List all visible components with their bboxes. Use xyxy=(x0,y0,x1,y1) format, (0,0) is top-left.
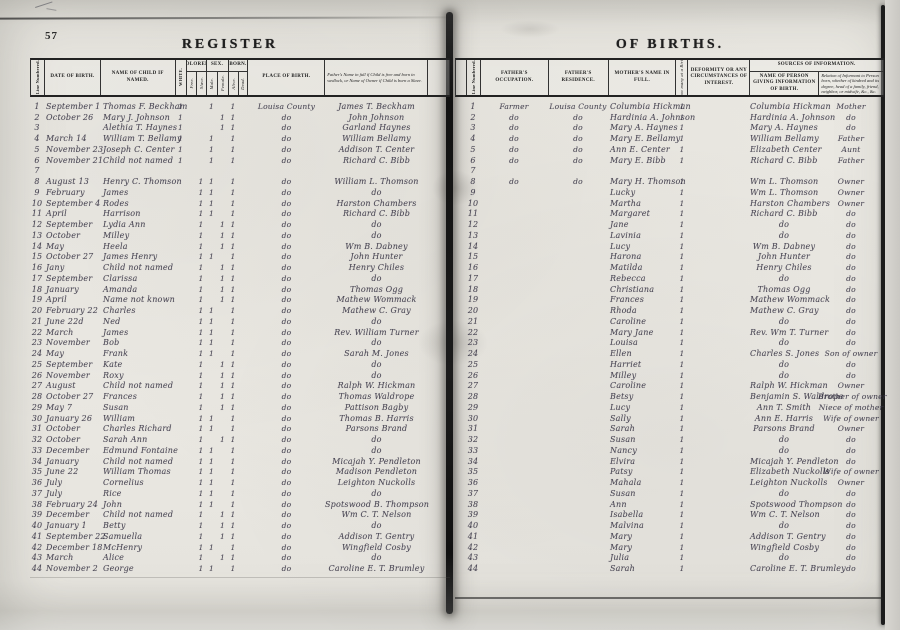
register-row-right: 36Mahala1Leighton NuckollsOwner xyxy=(455,477,884,488)
register-row-right: 2dodoHardinia A. Johnson1Hardinia A. Joh… xyxy=(455,112,884,123)
mark-born-alive: 1 xyxy=(228,134,238,143)
cell-child-name: Milley xyxy=(100,231,175,240)
mark-colored-slave: 1 xyxy=(196,188,206,197)
register-row-right: 18Christiana1Thomas Oggdo xyxy=(455,284,884,295)
cell-informant-relation: do xyxy=(818,489,884,498)
register-row-right: 23Louisa1dodo xyxy=(455,338,884,349)
cell-mothers-name: Matilda xyxy=(608,263,676,272)
cell-father-or-owner-name: Addison T. Gentry xyxy=(325,532,428,541)
cell-informant-relation: do xyxy=(818,263,884,272)
mark-born-alive: 1 xyxy=(228,199,238,208)
cell-mothers-name: Mary A. Haynes xyxy=(608,123,676,132)
register-row-right: 9Lucky1Wm L. ThomsonOwner xyxy=(455,187,884,198)
register-row-left: 25SeptemberKate111dodo xyxy=(30,359,450,370)
mark-white: 1 xyxy=(175,134,186,143)
register-row-left: 26NovemberRoxy111dodo xyxy=(30,370,450,381)
mark-colored-slave: 1 xyxy=(196,220,206,229)
cell-place-of-birth: do xyxy=(248,521,325,530)
cell-place-of-birth: do xyxy=(248,446,325,455)
cell-place-of-birth: do xyxy=(248,349,325,358)
cell-informant-name: do xyxy=(750,446,818,455)
cell-child-name: Alice xyxy=(100,553,175,562)
line-number: 1 xyxy=(466,102,480,111)
register-row-left: 5November 23Joseph C. Center111doAddison… xyxy=(30,144,450,155)
col-group-sex: SEX. Male. Female. xyxy=(207,60,229,95)
cell-date-of-birth: September xyxy=(44,220,100,229)
mark-how-many: 1 xyxy=(676,134,688,143)
mark-how-many: 1 xyxy=(676,381,688,390)
mark-female: 1 xyxy=(217,532,228,541)
register-row-left: 34JanuaryChild not named111doMicajah Y. … xyxy=(30,456,450,467)
scanned-register-spread: 57 REGISTER OF BIRTHS. Line Numbered. DA… xyxy=(0,0,900,630)
register-row-left: 38February 24John111doSpotswood B. Thomp… xyxy=(30,499,450,510)
mark-born-alive: 1 xyxy=(228,424,238,433)
mark-female: 1 xyxy=(217,285,228,294)
mark-how-many: 1 xyxy=(676,510,688,519)
mark-male: 1 xyxy=(206,199,217,208)
cell-date-of-birth: October xyxy=(44,231,100,240)
cell-father-or-owner-name: William L. Thomson xyxy=(325,177,428,186)
cell-child-name: Thomas F. Beckham xyxy=(100,102,175,111)
mark-female: 1 xyxy=(217,381,228,390)
line-number: 31 xyxy=(30,424,44,433)
cell-informant-relation: do xyxy=(818,371,884,380)
cell-date-of-birth: January xyxy=(44,285,100,294)
mark-female: 1 xyxy=(217,510,228,519)
line-number: 19 xyxy=(30,295,44,304)
cell-place-of-birth: do xyxy=(248,414,325,423)
cell-child-name: George xyxy=(100,564,175,573)
mark-male: 1 xyxy=(206,457,217,466)
cell-place-of-birth: do xyxy=(248,543,325,552)
cell-father-or-owner-name: Madison Pendleton xyxy=(325,467,428,476)
mark-colored-slave: 1 xyxy=(196,209,206,218)
register-row-right: 13Lavinia1dodo xyxy=(455,230,884,241)
cell-father-or-owner-name: Mathew C. Gray xyxy=(325,306,428,315)
line-number: 44 xyxy=(466,564,480,573)
mark-colored-slave: 1 xyxy=(196,252,206,261)
cell-date-of-birth: August xyxy=(44,381,100,390)
cell-informant-name: Richard C. Bibb xyxy=(750,156,818,165)
mark-born-alive: 1 xyxy=(228,231,238,240)
cell-mothers-name: Lucy xyxy=(608,242,676,251)
col-sex-female: Female. xyxy=(218,72,228,95)
mark-born-alive: 1 xyxy=(228,457,238,466)
line-number: 42 xyxy=(466,543,480,552)
cell-mothers-name: Mary E. Bibb xyxy=(608,156,676,165)
register-row-left: 11AprilHarrison111doRichard C. Bibb xyxy=(30,209,450,220)
mark-colored-slave: 1 xyxy=(196,306,206,315)
cell-child-name: McHenry xyxy=(100,543,175,552)
line-number: 37 xyxy=(30,489,44,498)
mark-born-alive: 1 xyxy=(228,306,238,315)
cell-mothers-name: Julia xyxy=(608,553,676,562)
cell-mothers-name: Isabella xyxy=(608,510,676,519)
cell-informant-name: Thomas Ogg xyxy=(750,285,818,294)
mark-white: 1 xyxy=(175,156,186,165)
line-number: 35 xyxy=(30,467,44,476)
mark-colored-slave: 1 xyxy=(196,360,206,369)
line-number: 30 xyxy=(466,414,480,423)
line-number: 3 xyxy=(466,123,480,132)
scan-margin xyxy=(885,0,900,630)
register-row-left: 29May 7Susan111doPattison Bagby xyxy=(30,402,450,413)
line-number: 32 xyxy=(466,435,480,444)
cell-date-of-birth: December xyxy=(44,446,100,455)
cell-mothers-name: Ann xyxy=(608,500,676,509)
line-number: 1 xyxy=(30,102,44,111)
line-number: 24 xyxy=(30,349,44,358)
mark-born-alive: 1 xyxy=(228,145,238,154)
mark-male: 1 xyxy=(206,478,217,487)
cell-fathers-residence: do xyxy=(548,177,608,186)
cell-informant-name: Benjamin S. Waldrope xyxy=(750,392,818,401)
line-number: 18 xyxy=(30,285,44,294)
cell-date-of-birth: November 23 xyxy=(44,145,100,154)
mark-male: 1 xyxy=(206,328,217,337)
line-number: 39 xyxy=(466,510,480,519)
register-row-left: 40January 1Betty111dodo xyxy=(30,520,450,531)
cell-father-or-owner-name: William Bellamy xyxy=(325,134,428,143)
line-number: 31 xyxy=(466,424,480,433)
cell-informant-relation: do xyxy=(818,500,884,509)
register-row-left: 36JulyCornelius111doLeighton Nuckolls xyxy=(30,477,450,488)
cell-date-of-birth: January xyxy=(44,457,100,466)
cell-informant-relation: do xyxy=(818,242,884,251)
mark-male: 1 xyxy=(206,145,217,154)
line-number: 28 xyxy=(466,392,480,401)
cell-mothers-name: Susan xyxy=(608,435,676,444)
register-row-right: 5dodoAnn E. Center1Elizabeth CenterAunt xyxy=(455,144,884,155)
cell-informant-relation: do xyxy=(818,317,884,326)
cell-place-of-birth: do xyxy=(248,295,325,304)
cell-child-name: Harrison xyxy=(100,209,175,218)
register-row-left: 22MarchJames111doRev. William Turner xyxy=(30,327,450,338)
mark-female: 1 xyxy=(217,435,228,444)
mark-male: 1 xyxy=(206,156,217,165)
mark-colored-slave: 1 xyxy=(196,177,206,186)
cell-place-of-birth: do xyxy=(248,145,325,154)
cell-place-of-birth: do xyxy=(248,478,325,487)
mark-how-many: 1 xyxy=(676,435,688,444)
register-row-left: 14MayHeela111doWm B. Dabney xyxy=(30,241,450,252)
cell-mothers-name: Lucky xyxy=(608,188,676,197)
cell-mothers-name: Mary xyxy=(608,532,676,541)
line-number: 35 xyxy=(466,467,480,476)
col-colored-free: Free. xyxy=(187,72,197,95)
cell-informant-name: do xyxy=(750,231,818,240)
register-row-right: 39Isabella1Wm C. T. Nelsondo xyxy=(455,510,884,521)
cell-father-or-owner-name: do xyxy=(325,446,428,455)
cell-date-of-birth: March xyxy=(44,553,100,562)
mark-born-alive: 1 xyxy=(228,188,238,197)
register-row-left: 20February 22Charles111doMathew C. Gray xyxy=(30,305,450,316)
cell-place-of-birth: do xyxy=(248,220,325,229)
left-page-bottom-edge xyxy=(30,577,450,578)
register-row-right: 20Rhoda1Mathew C. Graydo xyxy=(455,305,884,316)
line-number: 7 xyxy=(466,166,480,175)
cell-date-of-birth: April xyxy=(44,295,100,304)
cell-informant-relation: do xyxy=(818,220,884,229)
cell-father-or-owner-name: Wm C. T. Nelson xyxy=(325,510,428,519)
cell-date-of-birth: June 22 xyxy=(44,467,100,476)
mark-how-many: 1 xyxy=(676,242,688,251)
cell-informant-name: do xyxy=(750,521,818,530)
register-row-left: 21June 22dNed111dodo xyxy=(30,316,450,327)
cell-date-of-birth: March xyxy=(44,328,100,337)
cell-date-of-birth: October 27 xyxy=(44,392,100,401)
line-number: 8 xyxy=(466,177,480,186)
cell-place-of-birth: do xyxy=(248,242,325,251)
cell-father-or-owner-name: Thomas Waldrope xyxy=(325,392,428,401)
cell-child-name: Kate xyxy=(100,360,175,369)
register-row-right: 14Lucy1Wm B. Dabneydo xyxy=(455,241,884,252)
cell-informant-name: Micajah Y. Pendleton xyxy=(750,457,818,466)
line-number: 14 xyxy=(466,242,480,251)
right-table-body: 1FarmerLouisa CountyColumbia Hickman1Col… xyxy=(455,101,884,574)
mark-male: 1 xyxy=(206,102,217,111)
register-row-right: 44Sarah1Caroline E. T. Brumleydo xyxy=(455,563,884,574)
col-date-of-birth: DATE OF BIRTH. xyxy=(45,60,101,95)
register-row-right: 41Mary1Addison T. Gentrydo xyxy=(455,531,884,542)
register-row-left: 8August 13Henry C. Thomson111doWilliam L… xyxy=(30,176,450,187)
cell-date-of-birth: November 21 xyxy=(44,156,100,165)
mark-male: 1 xyxy=(206,252,217,261)
register-row-right: 12Jane1dodo xyxy=(455,219,884,230)
line-number: 6 xyxy=(30,156,44,165)
mark-born-alive: 1 xyxy=(228,446,238,455)
cell-mothers-name: Rebecca xyxy=(608,274,676,283)
cell-informant-name: Caroline E. T. Brumley xyxy=(750,564,818,573)
mark-colored-slave: 1 xyxy=(196,403,206,412)
cell-child-name: Child not named xyxy=(100,510,175,519)
mark-colored-slave: 1 xyxy=(196,199,206,208)
col-group-born: BORN. Alive. Dead. xyxy=(229,60,249,95)
mark-born-alive: 1 xyxy=(228,467,238,476)
cell-informant-relation: Father xyxy=(818,134,884,143)
mark-how-many: 1 xyxy=(676,252,688,261)
cell-informant-relation: do xyxy=(818,543,884,552)
register-row-left: 31OctoberCharles Richard111doParsons Bra… xyxy=(30,424,450,435)
cell-child-name: James xyxy=(100,328,175,337)
line-number: 16 xyxy=(30,263,44,272)
cell-date-of-birth: May xyxy=(44,349,100,358)
register-row-left: 16JanyChild not named111doHenry Chiles xyxy=(30,262,450,273)
cell-place-of-birth: do xyxy=(248,263,325,272)
cell-father-or-owner-name: Harston Chambers xyxy=(325,199,428,208)
register-row-left: 39DecemberChild not named111doWm C. T. N… xyxy=(30,510,450,521)
cell-place-of-birth: do xyxy=(248,274,325,283)
cell-informant-relation: Brother of owner xyxy=(818,392,884,401)
mark-colored-slave: 1 xyxy=(196,532,206,541)
mark-colored-slave: 1 xyxy=(196,295,206,304)
cell-date-of-birth: August 13 xyxy=(44,177,100,186)
cell-place-of-birth: do xyxy=(248,199,325,208)
cell-child-name: Child not named xyxy=(100,381,175,390)
cell-informant-name: Elizabeth Center xyxy=(750,145,818,154)
page-number: 57 xyxy=(45,30,58,42)
cell-informant-name: Ralph W. Hickman xyxy=(750,381,818,390)
line-number: 27 xyxy=(466,381,480,390)
line-number: 23 xyxy=(466,338,480,347)
cell-mothers-name: Patsy xyxy=(608,467,676,476)
mark-colored-slave: 1 xyxy=(196,435,206,444)
cell-father-or-owner-name: Rev. William Turner xyxy=(325,328,428,337)
line-number: 3 xyxy=(30,123,44,132)
cell-child-name: Alethia T. Haynes xyxy=(100,123,175,132)
col-sex-male: Male. xyxy=(207,72,218,95)
cell-father-or-owner-name: do xyxy=(325,188,428,197)
cell-child-name: Frank xyxy=(100,349,175,358)
cell-place-of-birth: do xyxy=(248,500,325,509)
mark-colored-slave: 1 xyxy=(196,317,206,326)
register-row-right: 31Sarah1Parsons BrandOwner xyxy=(455,424,884,435)
cell-mothers-name: Susan xyxy=(608,489,676,498)
cell-informant-name: Spotswood Thompson xyxy=(750,500,818,509)
cell-father-or-owner-name: Ralph W. Hickman xyxy=(325,381,428,390)
mark-female: 1 xyxy=(217,220,228,229)
line-number: 9 xyxy=(466,188,480,197)
cell-date-of-birth: March 14 xyxy=(44,134,100,143)
mark-white: 1 xyxy=(175,123,186,132)
cell-father-or-owner-name: Caroline E. T. Brumley xyxy=(325,564,428,573)
cell-fathers-occupation: do xyxy=(480,156,548,165)
cell-child-name: Charles xyxy=(100,306,175,315)
mark-how-many: 1 xyxy=(676,446,688,455)
cell-place-of-birth: do xyxy=(248,338,325,347)
cell-date-of-birth: January 26 xyxy=(44,414,100,423)
cell-informant-relation: Father xyxy=(818,156,884,165)
cell-mothers-name: Louisa xyxy=(608,338,676,347)
mark-female: 1 xyxy=(217,242,228,251)
register-row-right: 37Susan1dodo xyxy=(455,488,884,499)
cell-mothers-name: Nancy xyxy=(608,446,676,455)
cell-place-of-birth: do xyxy=(248,467,325,476)
cell-informant-name: Columbia Hickman xyxy=(750,102,818,111)
mark-male: 1 xyxy=(206,209,217,218)
line-number: 4 xyxy=(466,134,480,143)
cell-mothers-name: Milley xyxy=(608,371,676,380)
cell-child-name: James Henry xyxy=(100,252,175,261)
register-row-right: 30Sally1Ann E. HarrisWife of owner xyxy=(455,413,884,424)
cell-child-name: Sarah Ann xyxy=(100,435,175,444)
mark-male: 1 xyxy=(206,414,217,423)
mark-male: 1 xyxy=(206,349,217,358)
cell-father-or-owner-name: do xyxy=(325,489,428,498)
cell-informant-relation: Wife of owner xyxy=(818,467,884,476)
cell-date-of-birth: June 22d xyxy=(44,317,100,326)
mark-colored-slave: 1 xyxy=(196,424,206,433)
mark-born-alive: 1 xyxy=(228,381,238,390)
mark-how-many: 1 xyxy=(676,188,688,197)
mark-how-many: 1 xyxy=(676,220,688,229)
cell-child-name: Lydia Ann xyxy=(100,220,175,229)
cell-informant-relation: do xyxy=(818,285,884,294)
line-number: 17 xyxy=(30,274,44,283)
cell-informant-relation: do xyxy=(818,295,884,304)
line-number: 42 xyxy=(30,543,44,552)
cell-mothers-name: Ellen xyxy=(608,349,676,358)
register-row-right: 33Nancy1dodo xyxy=(455,445,884,456)
mark-how-many: 1 xyxy=(676,145,688,154)
line-number: 8 xyxy=(30,177,44,186)
cell-informant-name: Hardinia A. Johnson xyxy=(750,113,818,122)
cell-father-or-owner-name: Spotswood B. Thompson xyxy=(325,500,428,509)
mark-born-alive: 1 xyxy=(228,274,238,283)
cell-father-or-owner-name: do xyxy=(325,360,428,369)
cell-fathers-residence: do xyxy=(548,156,608,165)
line-number: 43 xyxy=(30,553,44,562)
mark-how-many: 1 xyxy=(676,478,688,487)
cell-child-name: Charles Richard xyxy=(100,424,175,433)
cell-mothers-name: Hardinia A. Johnson xyxy=(608,113,676,122)
cell-mothers-name: Caroline xyxy=(608,317,676,326)
cell-fathers-occupation: do xyxy=(480,177,548,186)
cell-father-or-owner-name: Wm B. Dabney xyxy=(325,242,428,251)
line-number: 38 xyxy=(466,500,480,509)
cell-child-name: William xyxy=(100,414,175,423)
mark-born-alive: 1 xyxy=(228,123,238,132)
cell-informant-relation: do xyxy=(818,306,884,315)
cell-date-of-birth: September xyxy=(44,360,100,369)
col-informant-name: NAME OF PERSON GIVING INFORMATION OF BIR… xyxy=(750,72,819,95)
cell-father-or-owner-name: Richard C. Bibb xyxy=(325,156,428,165)
cell-child-name: Henry C. Thomson xyxy=(100,177,175,186)
register-row-left: 9FebruaryJames111dodo xyxy=(30,187,450,198)
cell-child-name: Ned xyxy=(100,317,175,326)
cell-date-of-birth: September 4 xyxy=(44,199,100,208)
cell-place-of-birth: do xyxy=(248,457,325,466)
cell-mothers-name: Columbia Hickman xyxy=(608,102,676,111)
line-number: 21 xyxy=(466,317,480,326)
cell-father-or-owner-name: do xyxy=(325,521,428,530)
mark-female: 1 xyxy=(217,392,228,401)
cell-father-or-owner-name: do xyxy=(325,220,428,229)
cell-place-of-birth: do xyxy=(248,360,325,369)
mark-male: 1 xyxy=(206,446,217,455)
mark-colored-slave: 1 xyxy=(196,285,206,294)
cell-place-of-birth: do xyxy=(248,328,325,337)
cell-date-of-birth: Jany xyxy=(44,263,100,272)
cell-place-of-birth: do xyxy=(248,489,325,498)
register-row-left: 32OctoberSarah Ann111dodo xyxy=(30,434,450,445)
cell-fathers-occupation: do xyxy=(480,123,548,132)
cell-informant-name: do xyxy=(750,317,818,326)
line-number: 11 xyxy=(30,209,44,218)
mark-male: 1 xyxy=(206,489,217,498)
col-name-of-child: NAME OF CHILD IF NAMED. xyxy=(101,60,176,95)
cell-mothers-name: Malvina xyxy=(608,521,676,530)
cell-father-or-owner-name: Parsons Brand xyxy=(325,424,428,433)
col-born-alive: Alive. xyxy=(229,72,239,95)
cell-informant-relation: Owner xyxy=(818,478,884,487)
line-number: 30 xyxy=(30,414,44,423)
line-number: 5 xyxy=(466,145,480,154)
cell-informant-relation: Mother xyxy=(818,102,884,111)
mark-born-alive: 1 xyxy=(228,414,238,423)
cell-child-name: James xyxy=(100,188,175,197)
cell-date-of-birth: February xyxy=(44,188,100,197)
cell-informant-relation: Wife of owner xyxy=(818,414,884,423)
register-row-right: 10Martha1Harston ChambersOwner xyxy=(455,198,884,209)
register-row-right: 38Ann1Spotswood Thompsondo xyxy=(455,499,884,510)
line-number: 26 xyxy=(30,371,44,380)
line-number: 25 xyxy=(30,360,44,369)
cell-fathers-residence: do xyxy=(548,113,608,122)
cell-place-of-birth: do xyxy=(248,564,325,573)
line-number: 40 xyxy=(30,521,44,530)
register-row-right: 27Caroline1Ralph W. HickmanOwner xyxy=(455,381,884,392)
